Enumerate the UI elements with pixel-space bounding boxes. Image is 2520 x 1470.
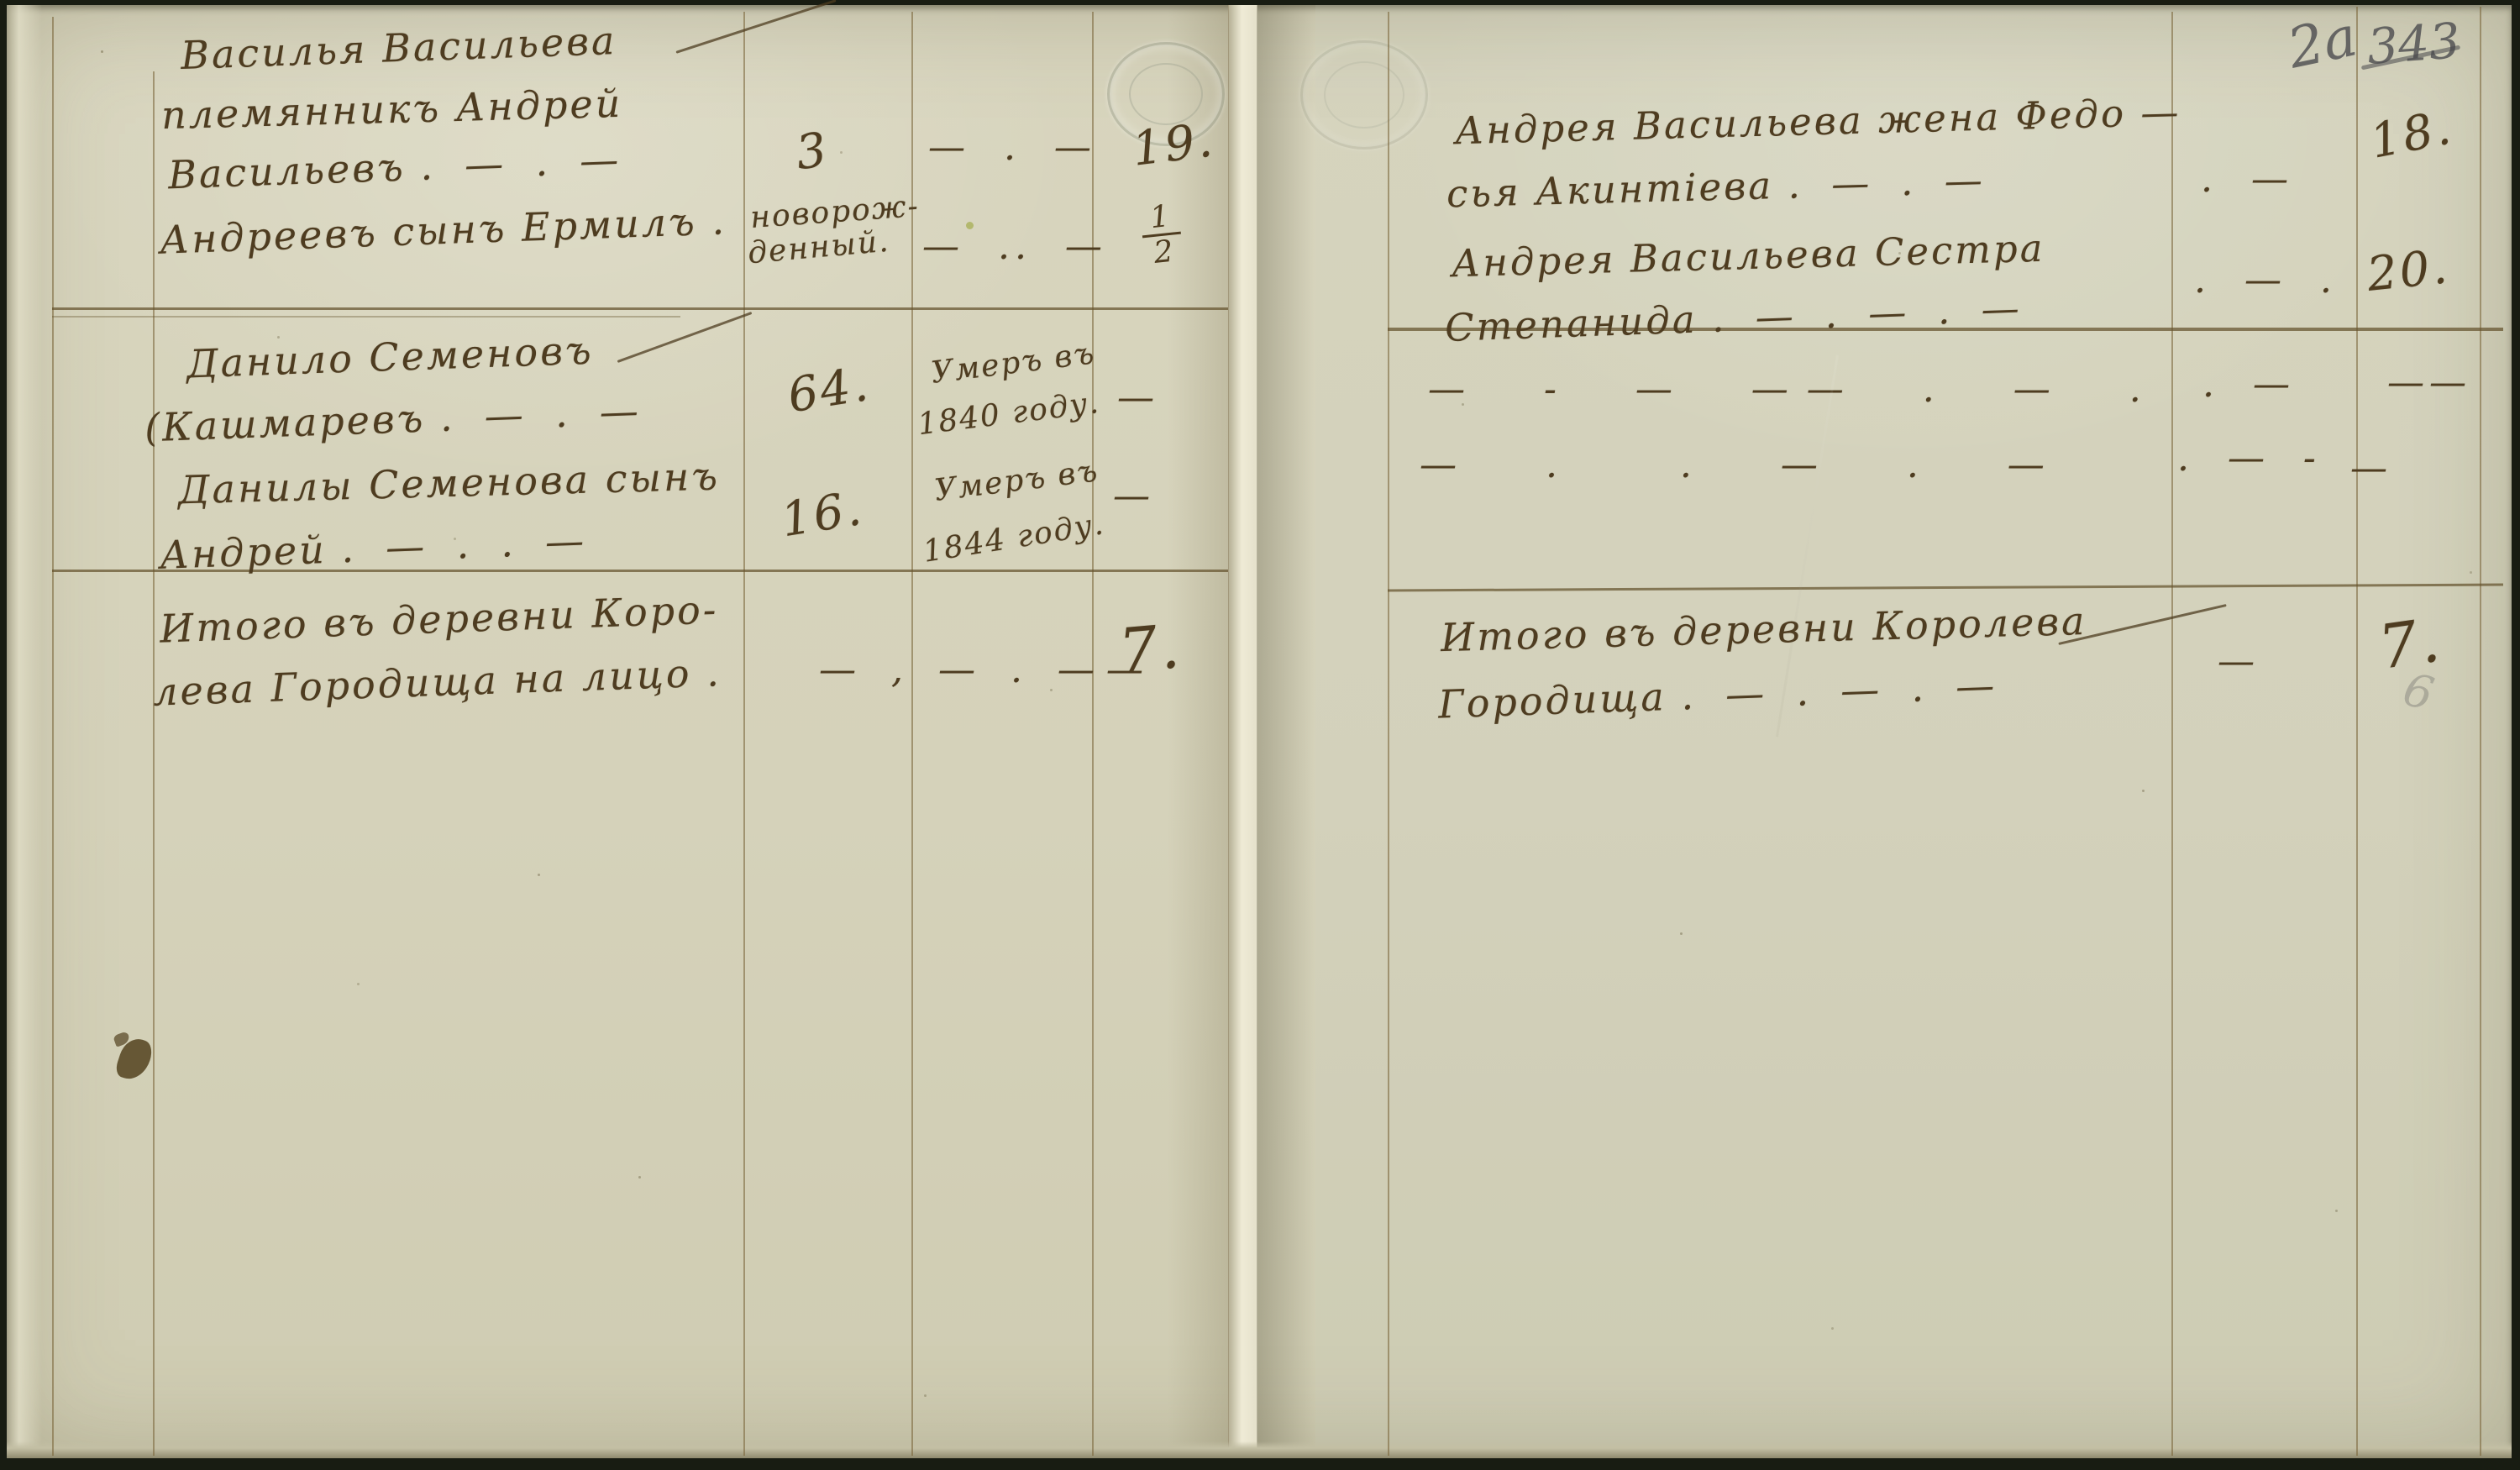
left-page-edge <box>7 5 42 1458</box>
left-f1-prev-age-1: 3 <box>793 123 832 181</box>
right-f1-absent-dash-1: . — <box>2201 158 2293 201</box>
right-total-absent-dash: — <box>2218 640 2260 683</box>
left-total-dashes: — , — . —— <box>819 648 1155 691</box>
left-f2-now-dash-2: — <box>1113 475 1155 517</box>
right-age-column-line <box>2480 7 2481 1456</box>
right-names-column-line <box>2171 12 2173 1456</box>
left-separator-1 <box>52 307 1228 310</box>
right-f1-absent-dash-2: . — . <box>2194 259 2337 302</box>
right-f2-row1-dashes-absent: . — <box>2202 363 2295 406</box>
fraction-denominator: 2 <box>1142 234 1184 270</box>
right-f2-row1-dashes-age: —— <box>2387 361 2471 404</box>
right-absent-column-line <box>2356 7 2358 1456</box>
right-f2-row2-dashes-absent: . — - <box>2177 437 2321 480</box>
bottom-page-edges <box>7 1441 2512 1458</box>
right-f2-row2-dashes-names: — . . — . — <box>1420 444 2066 486</box>
fraction-numerator: 1 <box>1139 200 1181 238</box>
paper-specks <box>101 50 103 53</box>
paper-speck-green <box>966 222 974 229</box>
left-f1-note-dashes-2: — .. — <box>922 225 1107 268</box>
right-names-left-line <box>1388 12 1389 1456</box>
left-names-column-line <box>743 12 745 1456</box>
left-f2-now-dash-1: — <box>1117 376 1159 419</box>
embossed-seal-right-inner <box>1324 61 1404 129</box>
left-margin-line-outer <box>52 17 54 1456</box>
right-f1-now-age-2: 20. <box>2365 239 2452 302</box>
right-f2-row1-dashes-names: — - — —— . — . <box>1428 368 2160 411</box>
binding-fold <box>1228 5 1257 1458</box>
right-f2-row2-dashes-age: — <box>2350 447 2392 490</box>
left-total-value: 7. <box>1116 611 1184 686</box>
left-f1-now-age-1: 19. <box>1129 113 1217 176</box>
left-prevage-column-line <box>911 12 913 1456</box>
right-page-surface <box>1315 5 2512 1458</box>
left-f1-note-dashes-1: — . — <box>928 126 1096 169</box>
left-separator-1-echo <box>52 316 680 318</box>
left-margin-line-inner <box>153 71 155 1456</box>
revision-list-spread: Василья Васильева племянникъ Андрей Васи… <box>0 0 2520 1470</box>
gutter-shadow-right <box>1257 5 1315 1458</box>
left-f1-now-age-half: 1 2 <box>1139 200 1184 271</box>
embossed-seal-right <box>1300 40 1428 150</box>
